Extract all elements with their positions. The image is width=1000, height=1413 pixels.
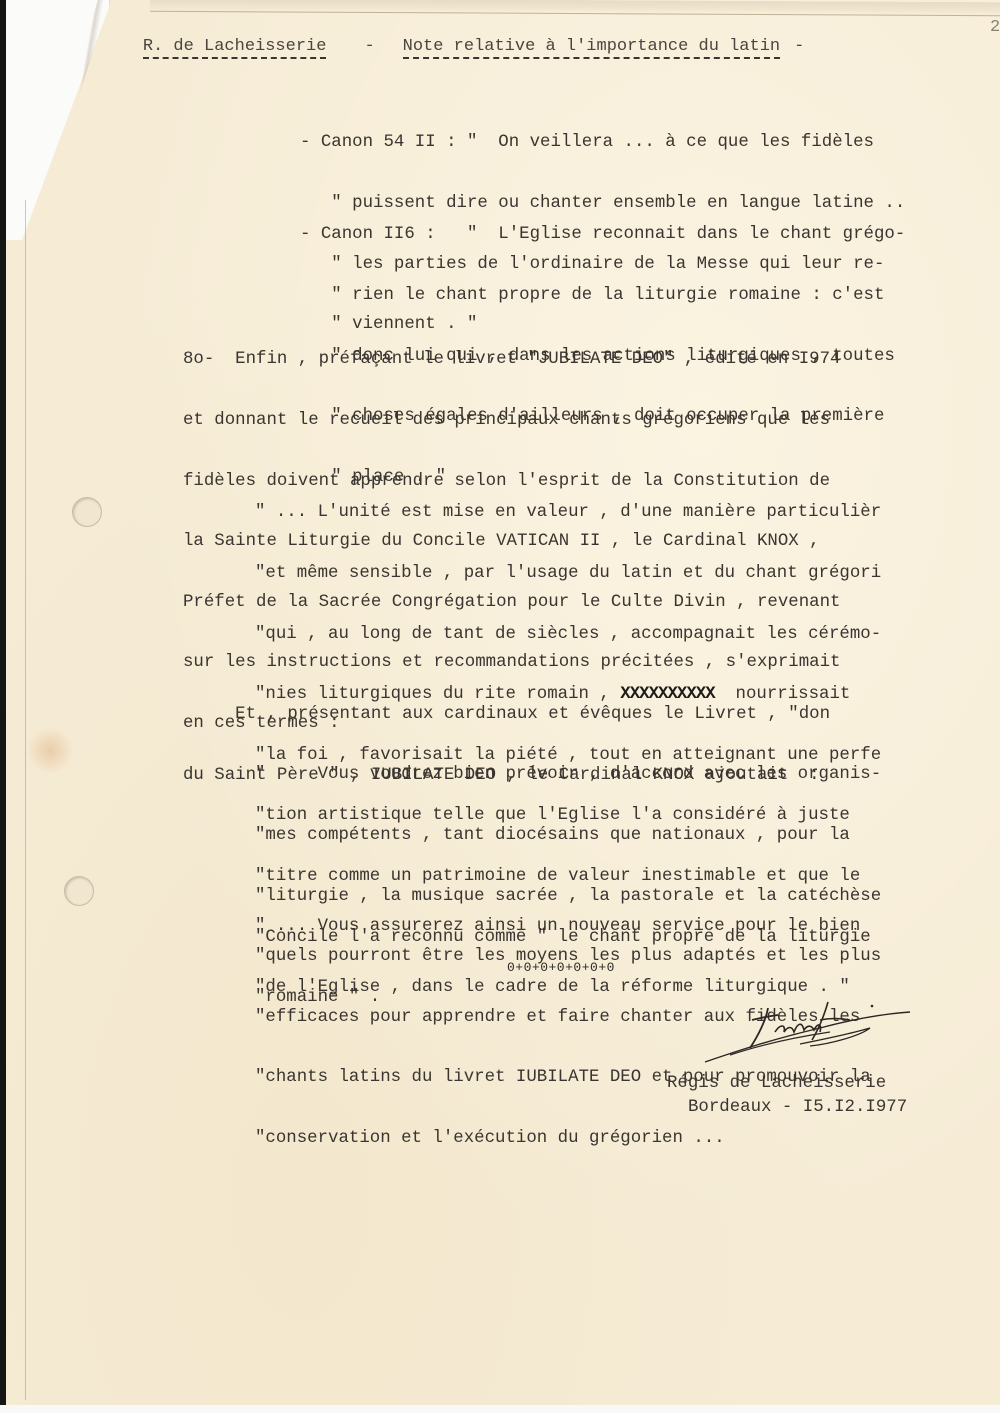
text-line: - Canon 54 II : " On veillera ... à ce q… — [300, 133, 905, 153]
rust-stain — [25, 728, 75, 773]
margin-crease — [25, 200, 26, 1400]
text-line: "mes compétents , tant diocésains que na… — [255, 826, 881, 846]
text-line: 8o- Enfin , préfaçant le livret "JUBILAT… — [183, 350, 840, 370]
top-paper-edge — [150, 0, 1000, 16]
text-line: " ... Vous assurerez ainsi un nouveau se… — [255, 917, 860, 937]
punch-hole-top — [72, 497, 102, 527]
text-line: Et , présentant aux cardinaux et évêques… — [183, 705, 830, 725]
text-line: et donnant le recueil des principaux cha… — [183, 411, 840, 431]
text-line: - Canon II6 : " L'Eglise reconnait dans … — [300, 225, 905, 245]
header-separator: - — [364, 37, 374, 56]
signatory-name: Régis de Lacheisserie — [667, 1074, 886, 1093]
place-and-date: Bordeaux - I5.I2.I977 — [688, 1098, 907, 1117]
punch-hole-bottom — [64, 876, 94, 906]
document-page: R. de Lacheisserie-Note relative à l'imp… — [0, 0, 1000, 1413]
running-header: R. de Lacheisserie-Note relative à l'imp… — [102, 18, 1000, 94]
text-line: "qui , au long de tant de siècles , acco… — [255, 625, 881, 645]
text-line: "de l'Eglise , dans le cadre de la réfor… — [255, 978, 860, 998]
header-author: R. de Lacheisserie — [143, 37, 327, 59]
page-number: 2 — [990, 18, 1000, 37]
scan-edge-bottom — [0, 1405, 1000, 1413]
header-title: Note relative à l'importance du latin — [403, 37, 780, 59]
text-line: " Vous voudrez bien prévoir , d'accord a… — [255, 765, 881, 785]
text-line: "et même sensible , par l'usage du latin… — [255, 564, 881, 584]
text-line: " rien le chant propre de la liturgie ro… — [300, 286, 905, 306]
text-line: " ... L'unité est mise en valeur , d'une… — [255, 503, 881, 523]
text-line: "conservation et l'exécution du grégorie… — [255, 1129, 881, 1149]
scan-edge-left — [0, 0, 6, 1413]
section-ornament: 0+0+0+0+0+0+0 — [507, 960, 615, 975]
header-separator-end: - — [794, 37, 804, 56]
handwritten-signature — [700, 1000, 920, 1070]
